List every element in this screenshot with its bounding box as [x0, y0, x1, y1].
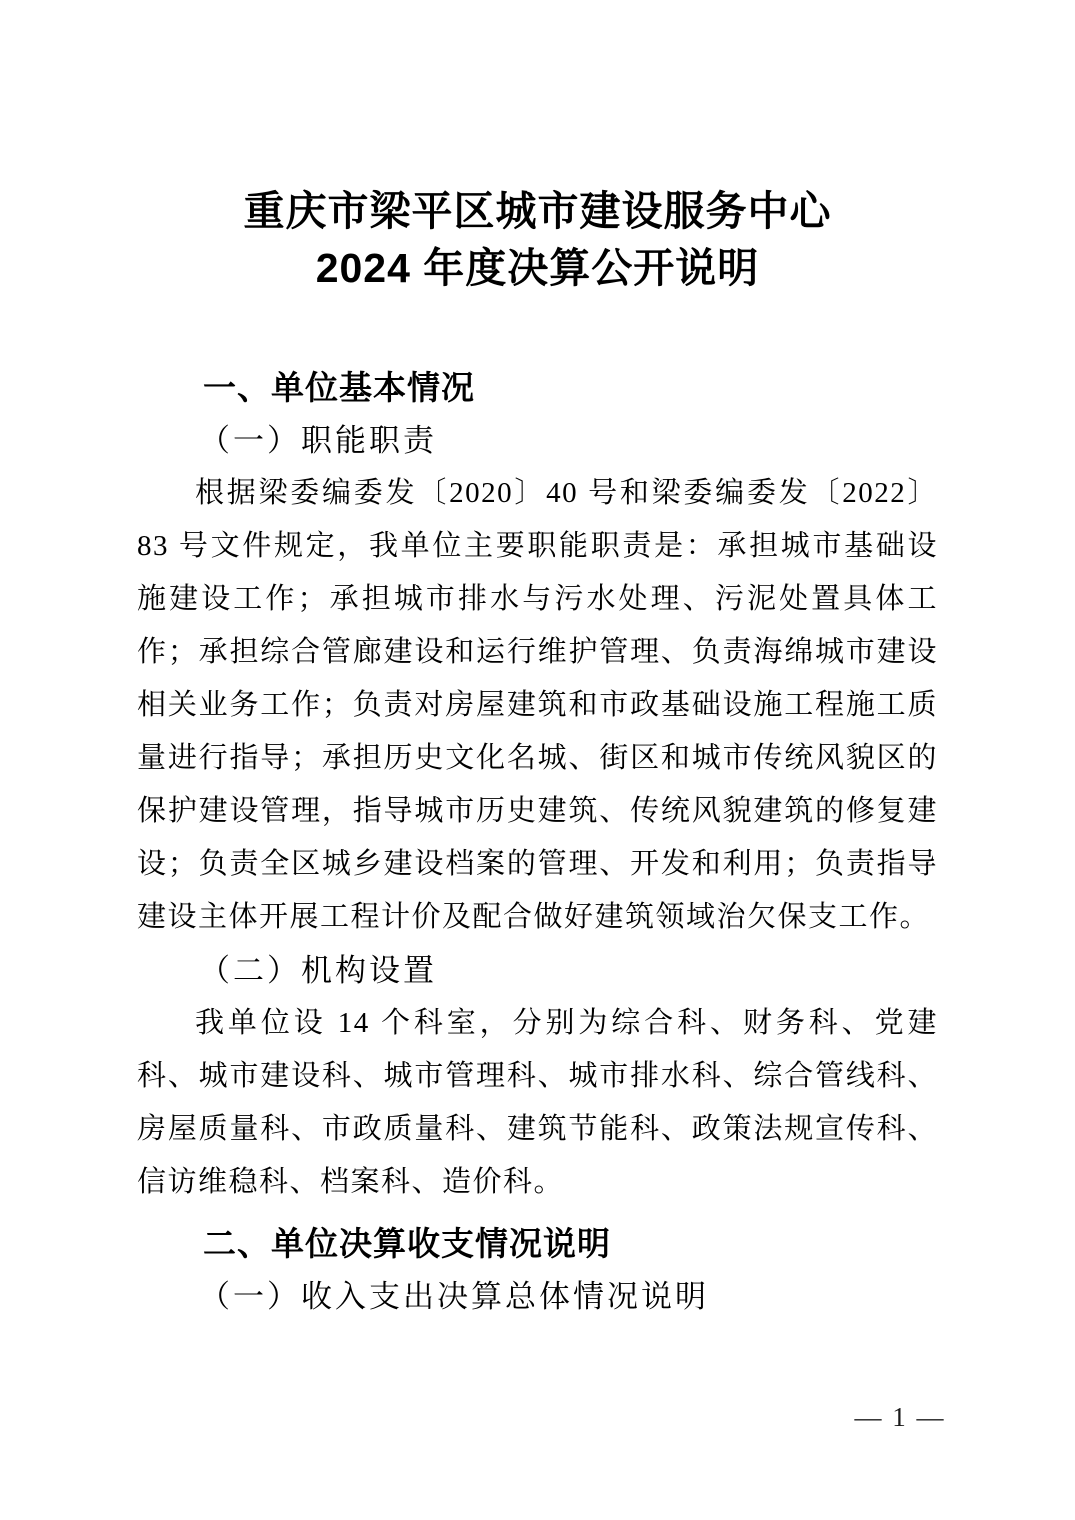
- subsection-heading-income-expenditure: （一）收入支出决算总体情况说明: [137, 1270, 938, 1323]
- page-number: — 1 —: [840, 1402, 960, 1433]
- document-title-line2: 2024 年度决算公开说明: [316, 245, 760, 291]
- document-title-line1: 重庆市梁平区城市建设服务中心: [244, 188, 832, 234]
- paragraph-organization: 我单位设 14 个科室，分别为综合科、财务科、党建科、城市建设科、城市管理科、城…: [137, 997, 938, 1209]
- document-title: 重庆市梁平区城市建设服务中心 2024 年度决算公开说明: [137, 183, 938, 297]
- document-content: 重庆市梁平区城市建设服务中心 2024 年度决算公开说明 一、单位基本情况 （一…: [137, 183, 938, 1323]
- section-heading-final-accounts: 二、单位决算收支情况说明: [137, 1217, 938, 1270]
- paragraph-duties: 根据梁委编委发〔2020〕40 号和梁委编委发〔2022〕83 号文件规定，我单…: [137, 467, 938, 944]
- subsection-heading-duties: （一）职能职责: [137, 414, 938, 467]
- subsection-heading-organization: （二）机构设置: [137, 944, 938, 997]
- document-page: 重庆市梁平区城市建设服务中心 2024 年度决算公开说明 一、单位基本情况 （一…: [0, 0, 1075, 1520]
- section-heading-basic-info: 一、单位基本情况: [137, 361, 938, 414]
